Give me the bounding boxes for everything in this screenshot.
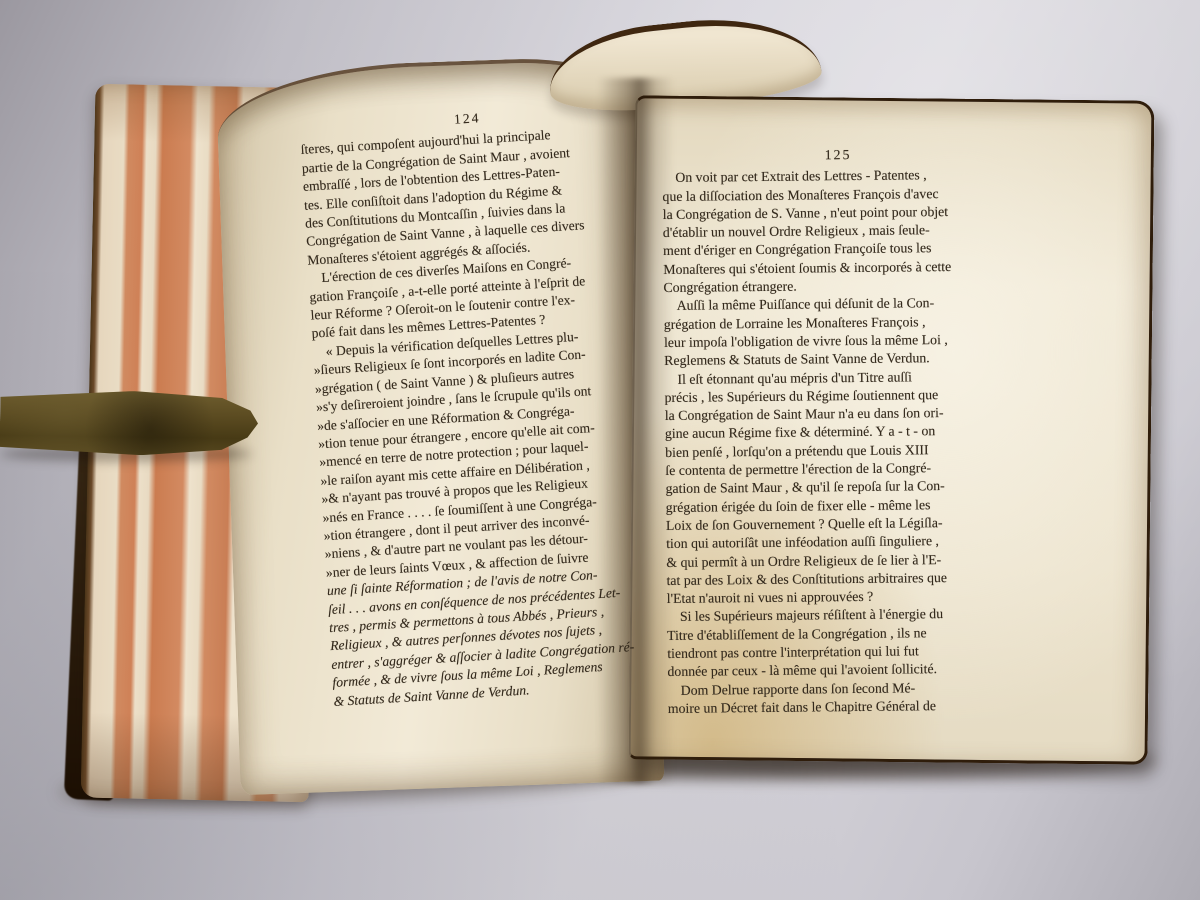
text-line: moire un Décret fait dans le Chapitre Gé…	[668, 696, 1020, 718]
paragraph: Si les Supérieurs majeurs réſiſtent à l'…	[667, 605, 1020, 682]
paragraph: ſteres, qui compoſent aujourd'hui la pri…	[300, 121, 643, 270]
left-page-paragraphs: ſteres, qui compoſent aujourd'hui la pri…	[300, 121, 669, 711]
paragraph: une ſi ſainte Réformation ; de l'avis de…	[326, 562, 669, 711]
right-page-text: 125 On voit par cet Extrait des Lettres …	[662, 144, 1020, 718]
paragraph: Dom Delrue rapporte dans ſon ſecond Mé-m…	[668, 678, 1020, 718]
right-page-paragraphs: On voit par cet Extrait des Lettres - Pa…	[662, 166, 1020, 719]
paper-knife	[0, 389, 258, 457]
paragraph: Auſſi la même Puiſſance qui déſunit de l…	[664, 294, 1017, 371]
right-page-number: 125	[662, 144, 1014, 166]
paragraph: « Depuis la vérification deſquelles Lett…	[312, 324, 662, 583]
paragraph: Il eſt étonnant qu'au mépris d'un Titre …	[664, 367, 1018, 609]
paragraph: On voit par cet Extrait des Lettres - Pa…	[662, 166, 1015, 298]
left-page-text: 124 ſteres, qui compoſent aujourd'hui la…	[299, 100, 670, 711]
book-photograph: 124 ſteres, qui compoſent aujourd'hui la…	[0, 0, 1200, 900]
